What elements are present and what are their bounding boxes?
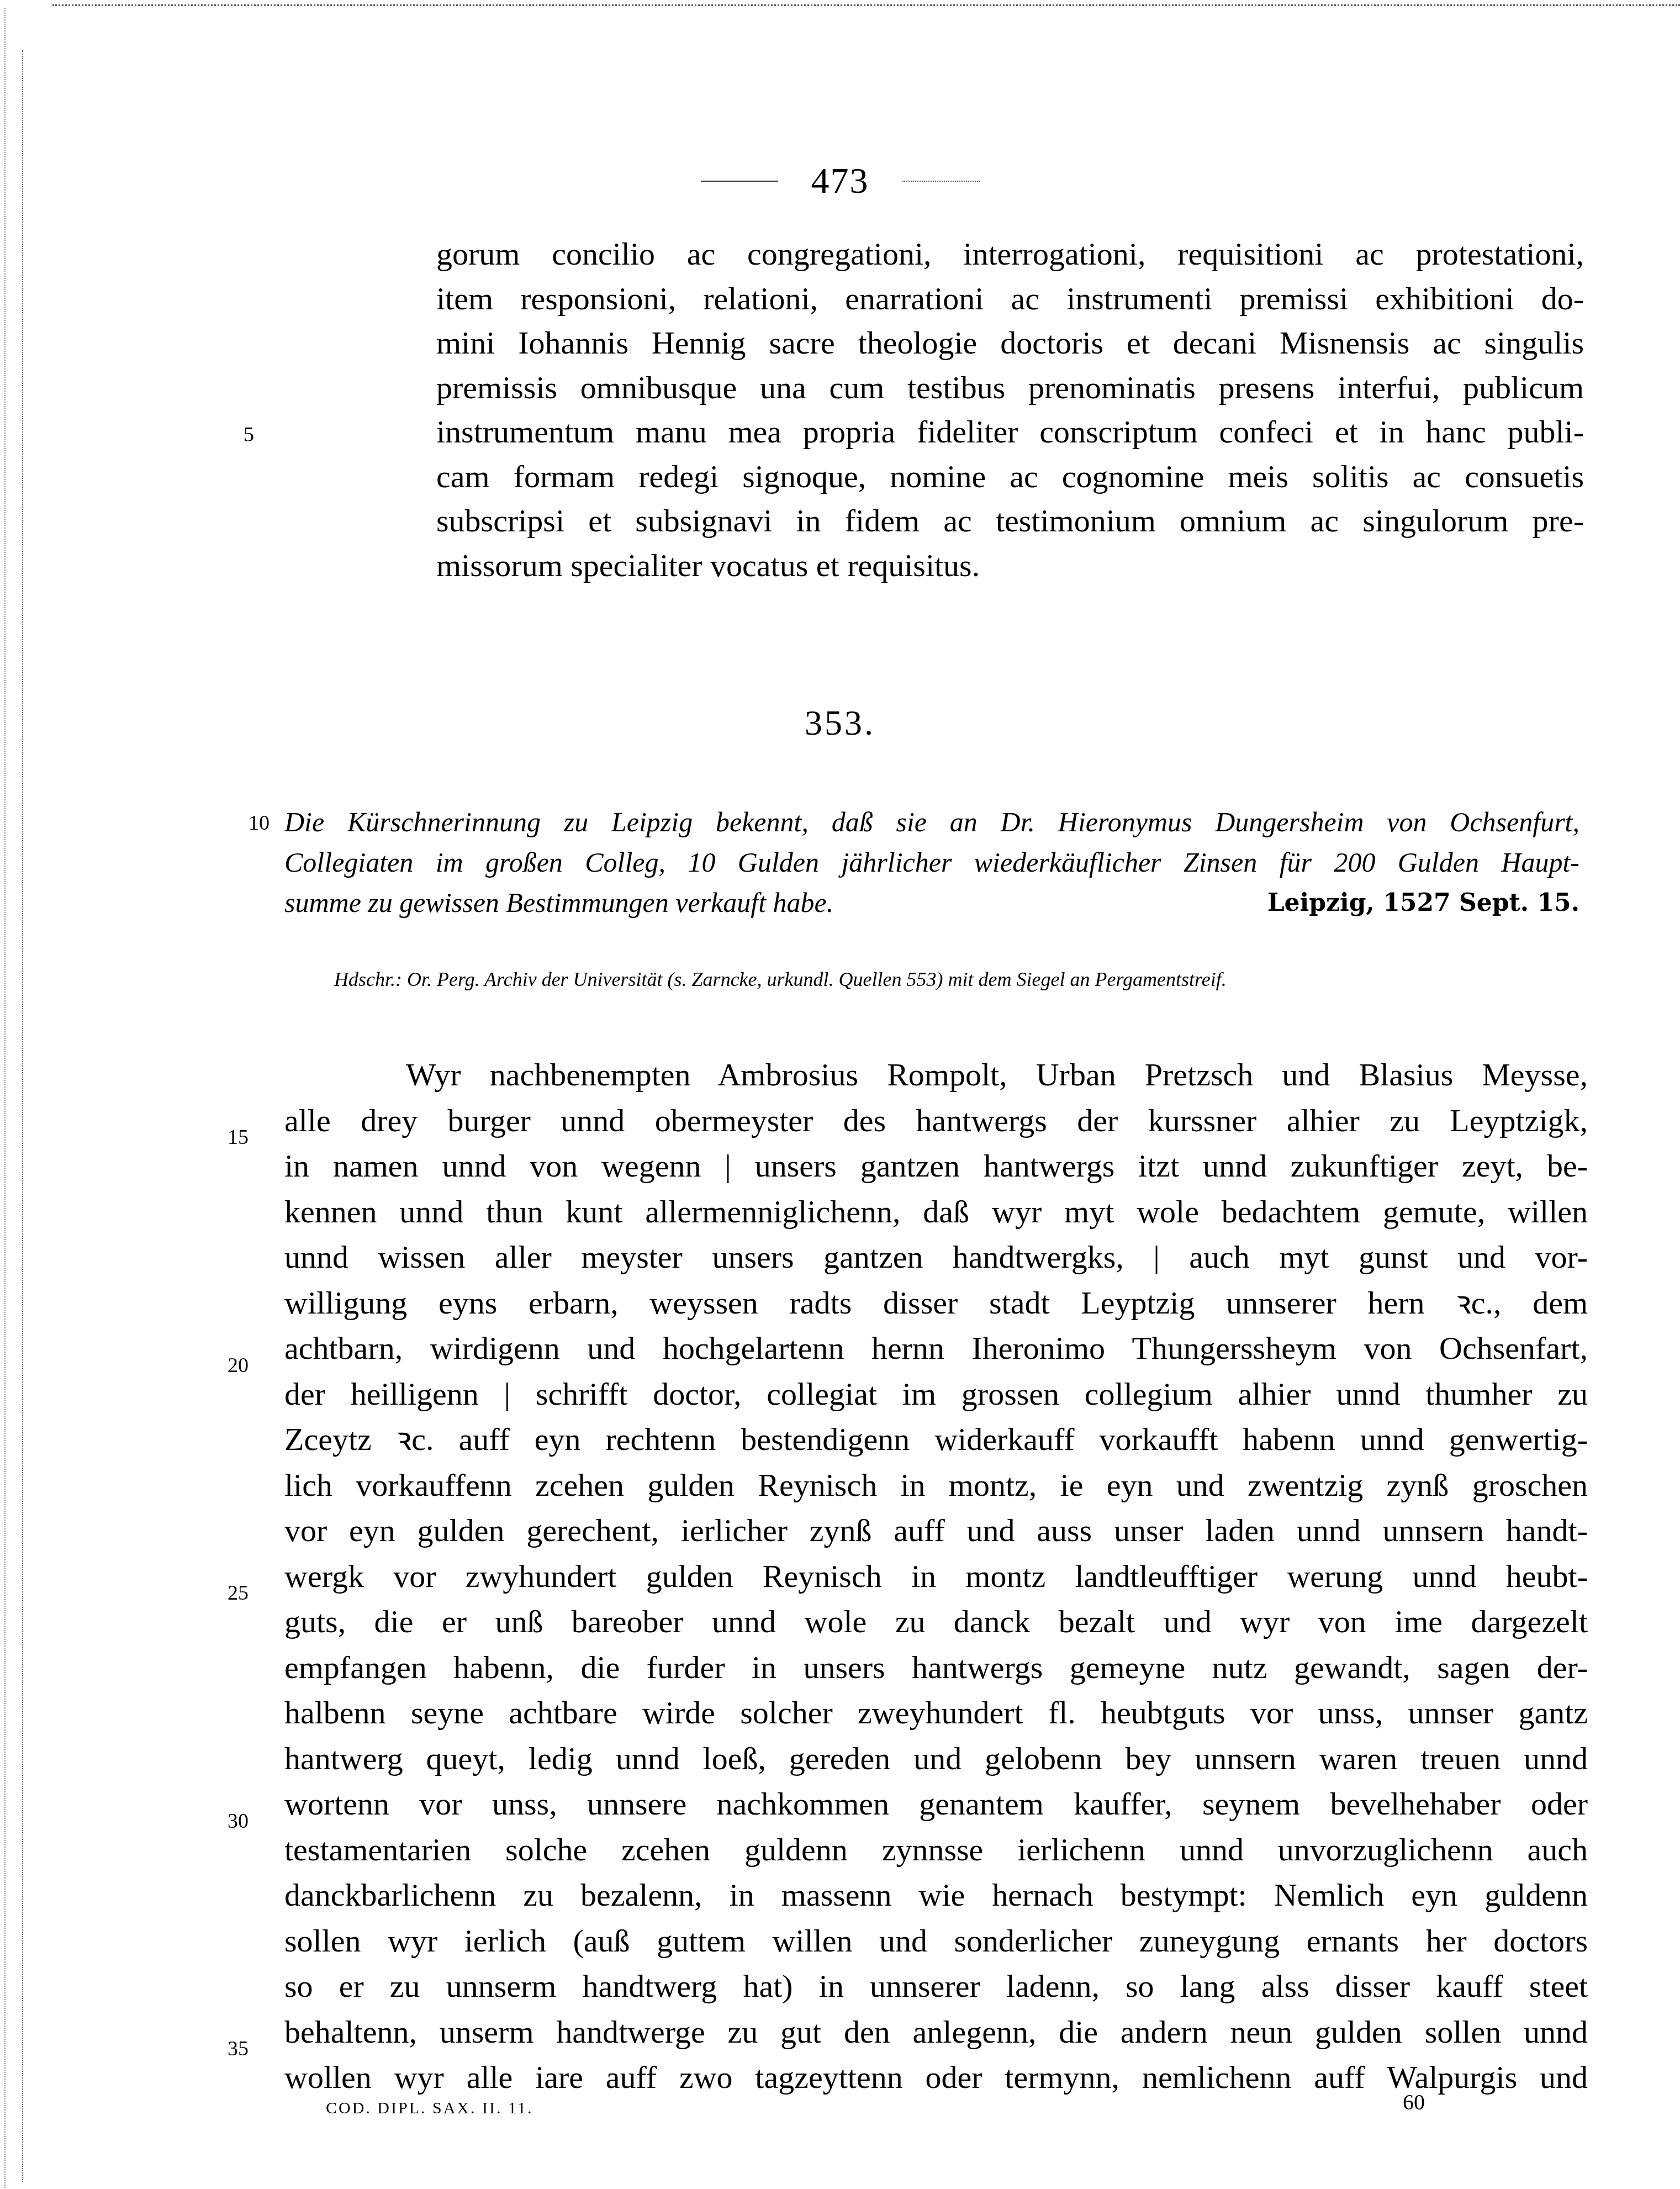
text-line: lich vorkauffenn zcehen gulden Reynisch … (284, 1463, 1588, 1508)
text-line: vor eyn gulden gerechent, ierlicher zynß… (284, 1508, 1588, 1554)
text-line: empfangen habenn, die furder in unsers h… (284, 1645, 1588, 1691)
text-line: alle drey burger unnd obermeyster des ha… (284, 1098, 1588, 1144)
latin-continuation-block: gorum concilio ac congregationi, interro… (436, 232, 1584, 588)
text-line: guts, die er unß bareober unnd wole zu d… (284, 1599, 1588, 1645)
line-number: 30 (210, 1809, 249, 1833)
line-number: 5 (215, 423, 254, 447)
line-number: 10 (231, 811, 270, 835)
header-rule-right (902, 181, 980, 182)
text-line: missorum specialiter vocatus et requisit… (436, 544, 1584, 588)
text-line: unnd wissen aller meyster unsers gantzen… (284, 1235, 1588, 1280)
text-line: gorum concilio ac congregationi, interro… (436, 232, 1584, 277)
header-rule-left (701, 181, 778, 182)
text-line: instrumentum manu mea propria fideliter … (436, 410, 1584, 455)
text-line: wollen wyr alle iare auff zwo tagzeytten… (284, 2055, 1588, 2101)
text-line: sollen wyr ierlich (auß guttem willen un… (284, 1918, 1588, 1964)
text-line: Wyr nachbenempten Ambrosius Rompolt, Urb… (284, 1052, 1588, 1098)
text-line: wortenn vor unss, unnsere nachkommen gen… (284, 1781, 1588, 1827)
text-line: subscripsi et subsignavi in fidem ac tes… (436, 499, 1584, 544)
summary-line: Die Kürschnerinnung zu Leipzig bekennt, … (284, 802, 1579, 842)
text-line: kennen unnd thun kunt allermenniglichenn… (284, 1189, 1588, 1235)
text-line: cam formam redegi signoque, nomine ac co… (436, 455, 1584, 499)
footer-signature: COD. DIPL. SAX. II. 11. (326, 2099, 533, 2118)
text-line: behaltenn, unserm handtwerge zu gut den … (284, 2009, 1588, 2055)
line-number: 20 (210, 1353, 249, 1378)
text-line: premissis omnibusque una cum testibus pr… (436, 366, 1584, 410)
summary-line: summe zu gewissen Bestimmungen verkauft … (284, 883, 833, 923)
text-line: willigung eyns erbarn, weyssen radts dis… (284, 1280, 1588, 1326)
text-line: mini Iohannis Hennig sacre theologie doc… (436, 321, 1584, 366)
document-summary: Die Kürschnerinnung zu Leipzig bekennt, … (284, 802, 1579, 923)
summary-line-last: summe zu gewissen Bestimmungen verkauft … (284, 883, 1579, 923)
text-line: achtbarn, wirdigenn und hochgelartenn he… (284, 1326, 1588, 1372)
scan-edge-left (4, 8, 6, 2189)
page-header: 473 (0, 160, 1680, 204)
text-line: so er zu unnserm handtwerg hat) in unnse… (284, 1964, 1588, 2009)
text-line: danckbarlichenn zu bezalenn, in massenn … (284, 1872, 1588, 1918)
text-line: testamentarien solche zcehen guldenn zyn… (284, 1827, 1588, 1873)
text-line: Zceytz ꝛc. auff eyn rechtenn bestendigen… (284, 1417, 1588, 1463)
text-line: item responsioni, relationi, enarrationi… (436, 277, 1584, 321)
page-number: 473 (811, 161, 869, 201)
document-date: Leipzig, 1527 Sept. 15. (1267, 883, 1579, 923)
line-number: 25 (210, 1581, 249, 1605)
text-line: hantwerg queyt, ledig unnd loeß, gereden… (284, 1736, 1588, 1782)
scan-edge-left-inner (22, 50, 23, 2182)
text-line: wergk vor zwyhundert gulden Reynisch in … (284, 1554, 1588, 1600)
document-number: 353. (0, 703, 1680, 743)
line-number: 15 (210, 1125, 249, 1149)
scan-edge-top (52, 4, 1680, 6)
text-line: der heilligenn | schrifft doctor, colleg… (284, 1372, 1588, 1417)
line-number: 35 (210, 2037, 249, 2061)
text-line: in namen unnd von wegenn | unsers gantze… (284, 1143, 1588, 1189)
footer-sheet-number: 60 (1403, 2089, 1425, 2115)
summary-line: Collegiaten im großen Colleg, 10 Gulden … (284, 842, 1579, 883)
source-note: Hdschr.: Or. Perg. Archiv der Universitä… (334, 968, 1583, 991)
charter-text: Wyr nachbenempten Ambrosius Rompolt, Urb… (284, 1052, 1588, 2101)
text-line: halbenn seyne achtbare wirde solcher zwe… (284, 1690, 1588, 1736)
